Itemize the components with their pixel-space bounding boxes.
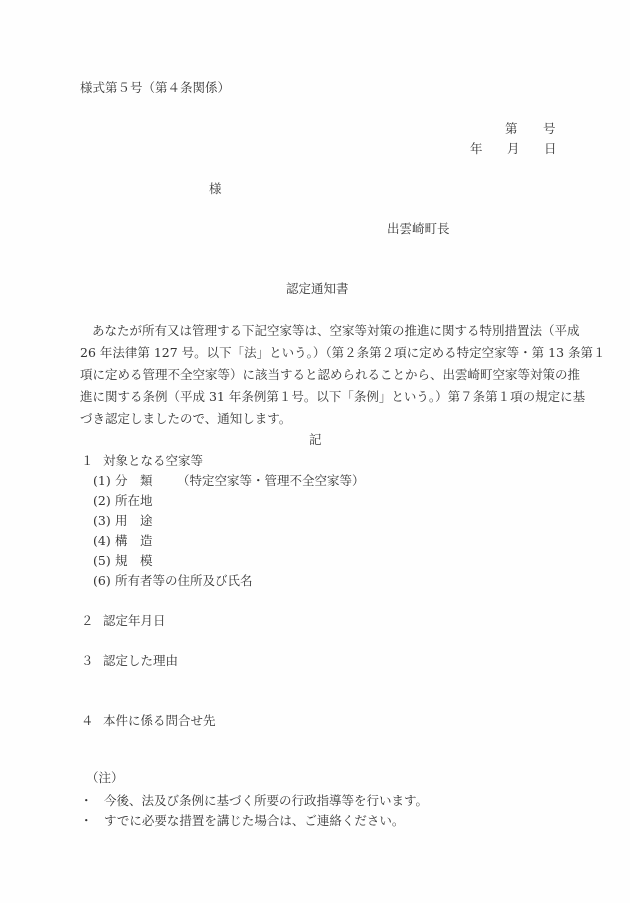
subitem-label: 所有者等の住所及び氏名	[115, 573, 253, 588]
item-1: １対象となる空家等	[81, 455, 203, 468]
subitem-number: (5)	[93, 555, 115, 568]
item-label: 認定年月日	[103, 613, 166, 628]
subitem-use: (3)用 途	[93, 515, 153, 528]
item-number: ２	[81, 615, 103, 628]
subitem-label: 分 類	[115, 475, 177, 488]
date-day: 日	[544, 143, 557, 156]
note-item: ・すでに必要な措置を講じた場合は、ご連絡ください。	[80, 815, 404, 828]
subitem-scale: (5)規 模	[93, 555, 153, 568]
item-label: 本件に係る問合せ先	[103, 713, 216, 728]
notes-heading: （注）	[86, 772, 124, 785]
number-label-go: 号	[543, 123, 556, 136]
subitem-number: (1)	[93, 475, 115, 488]
ki-heading: 記	[309, 434, 322, 447]
subitem-owner: (6)所有者等の住所及び氏名	[93, 575, 253, 588]
item-label: 認定した理由	[103, 653, 178, 668]
subitem-label: 構 造	[115, 533, 153, 548]
subitem-number: (3)	[93, 515, 115, 528]
subitem-number: (4)	[93, 535, 115, 548]
subitem-label: 用 途	[115, 513, 153, 528]
body-line: 項に定める管理不全空家等）に該当すると認められることから、出雲崎町空家等対策の推	[80, 364, 555, 386]
body-line: 進に関する条例（平成 31 年条例第１号。以下「条例」という。）第７条第１項の規…	[80, 386, 555, 408]
subitem-structure: (4)構 造	[93, 535, 153, 548]
date-month: 月	[507, 143, 544, 156]
document-date: 年月日	[470, 143, 557, 156]
document-title: 認定通知書	[286, 283, 349, 296]
note-item: ・今後、法及び条例に基づく所要の行政指導等を行います。	[80, 795, 428, 808]
item-3: ３認定した理由	[81, 655, 178, 668]
item-label: 対象となる空家等	[103, 453, 203, 468]
item-number: １	[81, 455, 103, 468]
item-number: ３	[81, 655, 103, 668]
number-label-dai: 第	[505, 123, 543, 136]
item-4: ４本件に係る問合せ先	[81, 715, 216, 728]
subitem-number: (6)	[93, 575, 115, 588]
document-number: 第号	[505, 123, 556, 136]
body-line: あなたが所有又は管理する下記空家等は、空家等対策の推進に関する特別措置法（平成	[80, 320, 555, 342]
note-text: すでに必要な措置を講じた場合は、ご連絡ください。	[104, 813, 404, 828]
body-line: 26 年法律第 127 号。以下「法」という。）（第２条第２項に定める特定空家等…	[80, 342, 555, 364]
item-2: ２認定年月日	[81, 615, 166, 628]
item-number: ４	[81, 715, 103, 728]
issuer: 出雲崎町長	[387, 223, 450, 236]
addressee-suffix: 様	[209, 183, 222, 196]
subitem-value: （特定空家等・管理不全空家等）	[177, 473, 365, 488]
bullet-icon: ・	[80, 815, 96, 828]
bullet-icon: ・	[80, 795, 96, 808]
note-text: 今後、法及び条例に基づく所要の行政指導等を行います。	[104, 793, 428, 808]
body-line: づき認定しましたので、通知します。	[80, 408, 555, 430]
body-paragraph: あなたが所有又は管理する下記空家等は、空家等対策の推進に関する特別措置法（平成 …	[80, 320, 555, 430]
subitem-label: 規 模	[115, 553, 153, 568]
subitem-label: 所在地	[115, 493, 153, 508]
subitem-number: (2)	[93, 495, 115, 508]
form-id: 様式第５号（第４条関係）	[80, 82, 230, 95]
subitem-location: (2)所在地	[93, 495, 153, 508]
subitem-classification: (1)分 類（特定空家等・管理不全空家等）	[93, 475, 365, 488]
date-year: 年	[470, 143, 507, 156]
